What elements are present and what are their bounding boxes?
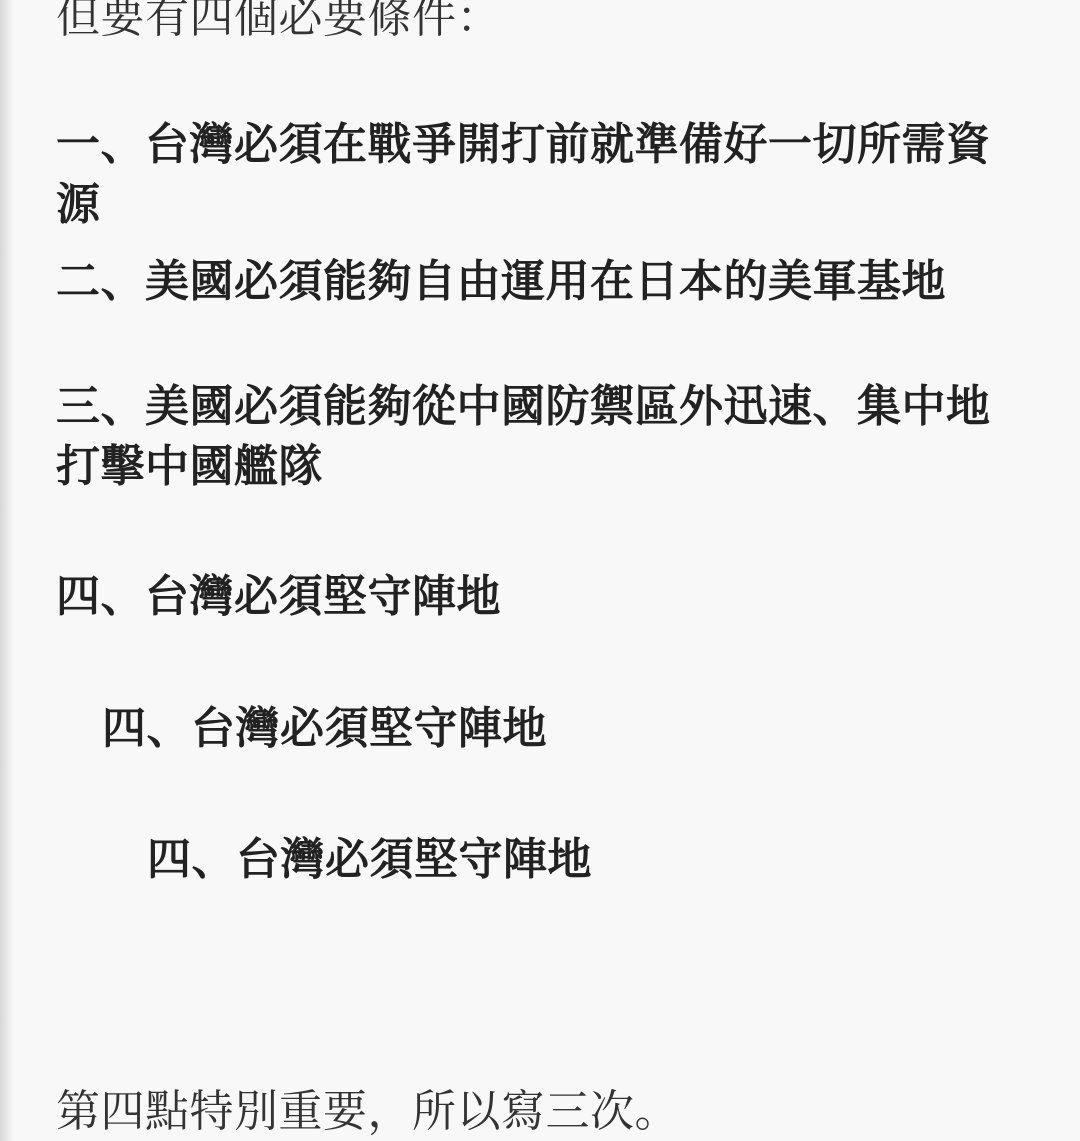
reader-page[interactable]: 但要有四個必要條件： 一、台灣必須在戰爭開打前就準備好一切所需資源 二、美國必須… xyxy=(0,0,1080,1141)
condition-1-paragraph: 一、台灣必須在戰爭開打前就準備好一切所需資源 xyxy=(56,115,1026,235)
closing-paragraph: 第四點特別重要，所以寫三次。 xyxy=(56,1082,1026,1141)
intro-paragraph: 但要有四個必要條件： xyxy=(56,0,1026,48)
page-edge-shadow xyxy=(0,0,14,1141)
condition-2-paragraph: 二、美國必須能夠自由運用在日本的美軍基地 xyxy=(56,252,1026,312)
condition-4-repeat-2-paragraph: 四、台灣必須堅守陣地 xyxy=(56,830,1026,890)
condition-4-paragraph: 四、台灣必須堅守陣地 xyxy=(56,567,1026,627)
condition-3-paragraph: 三、美國必須能夠從中國防禦區外迅速、集中地打擊中國艦隊 xyxy=(56,377,1026,497)
condition-4-repeat-1-paragraph: 四、台灣必須堅守陣地 xyxy=(56,699,1026,759)
